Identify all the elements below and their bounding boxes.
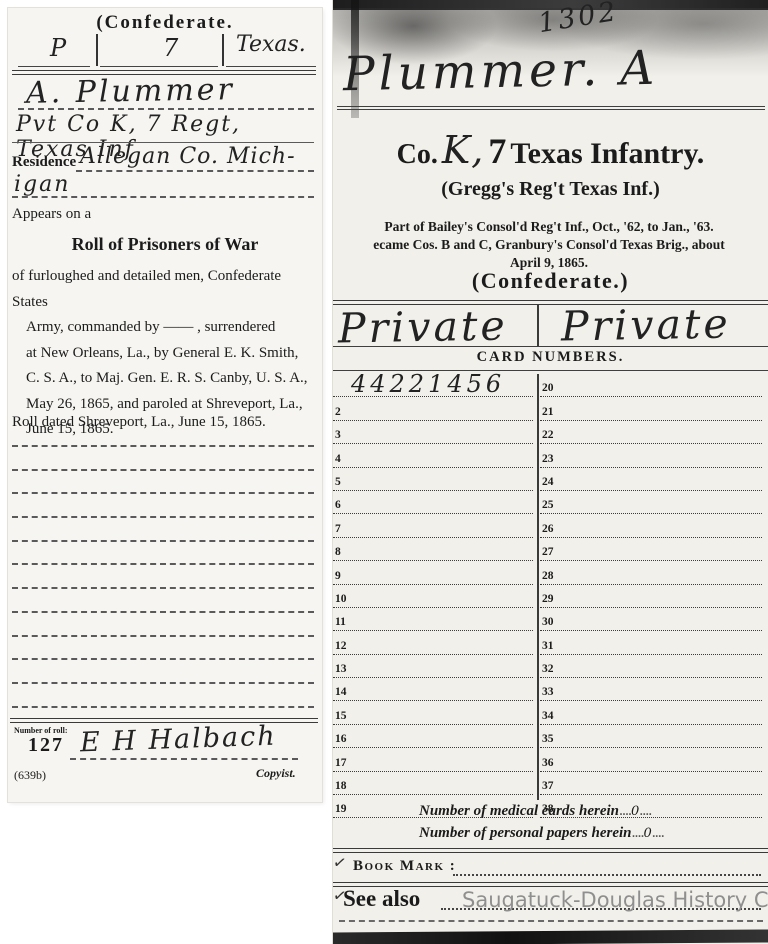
row-number: 28 <box>542 570 554 582</box>
card-number-row: 12 <box>333 631 533 654</box>
writing-line <box>339 920 763 922</box>
row-number: 3 <box>335 429 341 441</box>
row-number: 11 <box>335 616 346 628</box>
copyist-label: Copyist. <box>256 766 296 781</box>
personal-papers-value: 0 <box>644 826 652 841</box>
blank-writing-line <box>12 658 314 660</box>
blank-writing-line <box>12 540 314 542</box>
soldier-name-handwritten: A. Plummer <box>26 72 235 111</box>
card-number-row: 44221456 <box>333 374 533 397</box>
personal-papers-label: Number of personal papers herein <box>419 825 632 841</box>
index-regiment-number: 7 <box>163 34 178 62</box>
rule <box>333 346 768 347</box>
residence-continuation-handwritten: igan <box>14 172 70 197</box>
row-number: 37 <box>542 780 554 792</box>
row-number: 16 <box>335 733 347 745</box>
row-number: 34 <box>542 710 554 722</box>
unit-prefix: Co. <box>397 139 438 170</box>
column-divider <box>96 34 98 66</box>
row-number: 2 <box>335 406 341 418</box>
index-letter: P <box>50 34 66 62</box>
row-number: 26 <box>542 523 554 535</box>
writing-line <box>18 108 314 110</box>
card-numbers-left-column: 442214562345678910111213141516171819 <box>333 374 533 818</box>
card-number-row: 10 <box>333 585 533 608</box>
card-number-row: 5 <box>333 468 533 491</box>
checkmark: ✓ <box>331 852 348 874</box>
blank-writing-line <box>12 587 314 589</box>
card-number-row: 7 <box>333 514 533 537</box>
double-rule <box>333 848 768 853</box>
row-number: 20 <box>542 382 554 394</box>
blank-writing-line <box>12 469 314 471</box>
medical-cards-line: Number of medical cards herein....0.... <box>419 802 651 820</box>
writing-line <box>12 142 314 143</box>
card-number-row: 30 <box>540 608 762 631</box>
archive-watermark: Saugatuck-Douglas History Center <box>462 888 768 912</box>
row-number: 32 <box>542 663 554 675</box>
row-number: 22 <box>542 429 554 441</box>
row-number: 31 <box>542 640 554 652</box>
row-number: 30 <box>542 616 554 628</box>
card-number-row: 4 <box>333 444 533 467</box>
soldier-name-handwritten: Plummer. A <box>342 41 658 103</box>
card-number-row: 31 <box>540 631 762 654</box>
rule <box>337 109 765 110</box>
column-divider <box>222 34 224 66</box>
left-card-header: (Confederate. <box>8 12 322 34</box>
rank-left-handwritten: Private <box>338 302 508 353</box>
blank-writing-line <box>12 611 314 613</box>
card-number-row: 35 <box>540 725 762 748</box>
company-letter-handwritten: K, <box>442 128 484 172</box>
cell-underline <box>226 66 316 67</box>
unit-title: Texas Infantry. <box>510 137 704 170</box>
unit-history-paragraph: Part of Bailey's Consol'd Reg't Inf., Oc… <box>337 218 761 272</box>
blank-writing-line <box>12 445 314 447</box>
form-number: (639b) <box>14 768 46 783</box>
card-number-row: 26 <box>540 514 762 537</box>
row-number: 9 <box>335 570 341 582</box>
cell-underline <box>100 66 218 67</box>
card-number-row: 21 <box>540 397 762 420</box>
blank-writing-line <box>12 516 314 518</box>
row-number: 29 <box>542 593 554 605</box>
regiment-number: 7 <box>488 131 506 171</box>
right-record-card: 1302 Plummer. A Co. K, 7 Texas Infantry.… <box>333 0 768 944</box>
card-number-row: 24 <box>540 468 762 491</box>
card-number-row: 11 <box>333 608 533 631</box>
card-number-row: 23 <box>540 444 762 467</box>
card-numbers-right-column: 20212223242526272829303132333435363738 <box>540 374 762 818</box>
index-state: Texas. <box>236 32 306 57</box>
card-number-row: 33 <box>540 678 762 701</box>
number-of-roll-value: 127 <box>28 734 64 757</box>
scanned-document-page: (Confederate. P 7 Texas. A. Plummer Pvt … <box>0 0 768 944</box>
writing-line <box>76 170 314 172</box>
card-number-row: 27 <box>540 538 762 561</box>
row-number: 25 <box>542 499 554 511</box>
row-number: 35 <box>542 733 554 745</box>
rank-cell-divider <box>537 304 539 346</box>
row-number: 13 <box>335 663 347 675</box>
row-number: 10 <box>335 593 347 605</box>
card-number-row: 32 <box>540 655 762 678</box>
residence-value-handwritten: Allegan Co. Mich- <box>80 144 296 169</box>
medical-cards-label: Number of medical cards herein <box>419 803 619 819</box>
card-number-row: 6 <box>333 491 533 514</box>
roll-dated-line: Roll dated Shreveport, La., June 15, 186… <box>12 414 266 431</box>
row-number: 15 <box>335 710 347 722</box>
residence-label: Residence <box>12 154 76 171</box>
card-number-row: 13 <box>333 655 533 678</box>
card-number-row: 16 <box>333 725 533 748</box>
book-mark-label: Book Mark : <box>353 858 456 875</box>
card-number-row: 3 <box>333 421 533 444</box>
blank-writing-line <box>12 563 314 565</box>
rule <box>337 106 765 107</box>
roll-title: Roll of Prisoners of War <box>8 234 322 255</box>
card-numbers-header: CARD NUMBERS. <box>333 349 768 366</box>
writing-line <box>12 196 314 198</box>
blank-writing-line <box>12 492 314 494</box>
row-number: 17 <box>335 757 347 769</box>
card-number-row: 28 <box>540 561 762 584</box>
book-mark-line <box>453 874 761 876</box>
personal-papers-line: Number of personal papers herein....0...… <box>419 824 664 842</box>
row-number: 33 <box>542 686 554 698</box>
scan-dark-bottom-edge <box>333 929 768 944</box>
card-number-row: 34 <box>540 701 762 724</box>
row-number: 27 <box>542 546 554 558</box>
card-numbers-column-divider <box>537 374 539 800</box>
blank-writing-line <box>12 706 314 708</box>
copyist-signature-handwritten: E H Halbach <box>80 721 278 759</box>
row-number: 8 <box>335 546 341 558</box>
card-number-value-handwritten: 44221456 <box>351 370 505 398</box>
row-number: 23 <box>542 453 554 465</box>
roll-paragraph-line: of furloughed and detailed men, Confeder… <box>12 264 316 315</box>
card-number-row: 18 <box>333 772 533 795</box>
row-number: 4 <box>335 453 341 465</box>
row-number: 21 <box>542 406 554 418</box>
unit-heading: Co. K, 7 Texas Infantry. <box>333 128 768 172</box>
row-number: 6 <box>335 499 341 511</box>
card-number-row: 2 <box>333 397 533 420</box>
unit-subtitle: (Gregg's Reg't Texas Inf.) <box>333 178 768 201</box>
blank-writing-line <box>12 635 314 637</box>
unit-history-line: Part of Bailey's Consol'd Reg't Inf., Oc… <box>337 218 761 236</box>
roll-paragraph-line: at New Orleans, La., by General E. K. Sm… <box>12 341 316 367</box>
card-number-row: 25 <box>540 491 762 514</box>
see-also-label: See also <box>343 886 420 912</box>
row-number: 5 <box>335 476 341 488</box>
card-number-row: 20 <box>540 374 762 397</box>
row-number: 14 <box>335 686 347 698</box>
card-number-row: 29 <box>540 585 762 608</box>
unit-history-line: ecame Cos. B and C, Granbury's Consol'd … <box>337 236 761 254</box>
cell-underline <box>18 66 90 67</box>
blank-writing-line <box>12 682 314 684</box>
left-record-card: (Confederate. P 7 Texas. A. Plummer Pvt … <box>8 8 322 802</box>
card-number-row: 15 <box>333 701 533 724</box>
top-number-handwritten: 1302 <box>536 0 621 39</box>
card-number-row: 9 <box>333 561 533 584</box>
card-number-row: 22 <box>540 421 762 444</box>
row-number: 18 <box>335 780 347 792</box>
card-number-row: 8 <box>333 538 533 561</box>
row-number: 36 <box>542 757 554 769</box>
confederate-label: (Confederate.) <box>333 268 768 294</box>
rank-right-handwritten: Private <box>561 300 731 351</box>
card-number-row: 14 <box>333 678 533 701</box>
row-number: 7 <box>335 523 341 535</box>
card-number-row: 17 <box>333 748 533 771</box>
card-number-row: 36 <box>540 748 762 771</box>
roll-paragraph-line: C. S. A., to Maj. Gen. E. R. S. Canby, U… <box>12 366 316 392</box>
row-number: 24 <box>542 476 554 488</box>
roll-paragraph-line: Army, commanded by —— , surrendered <box>12 315 316 341</box>
blank-writing-lines <box>12 445 314 729</box>
row-number: 12 <box>335 640 347 652</box>
appears-on-label: Appears on a <box>12 206 91 223</box>
signature-line <box>70 758 298 760</box>
row-number: 19 <box>335 803 347 815</box>
card-number-row: 37 <box>540 772 762 795</box>
